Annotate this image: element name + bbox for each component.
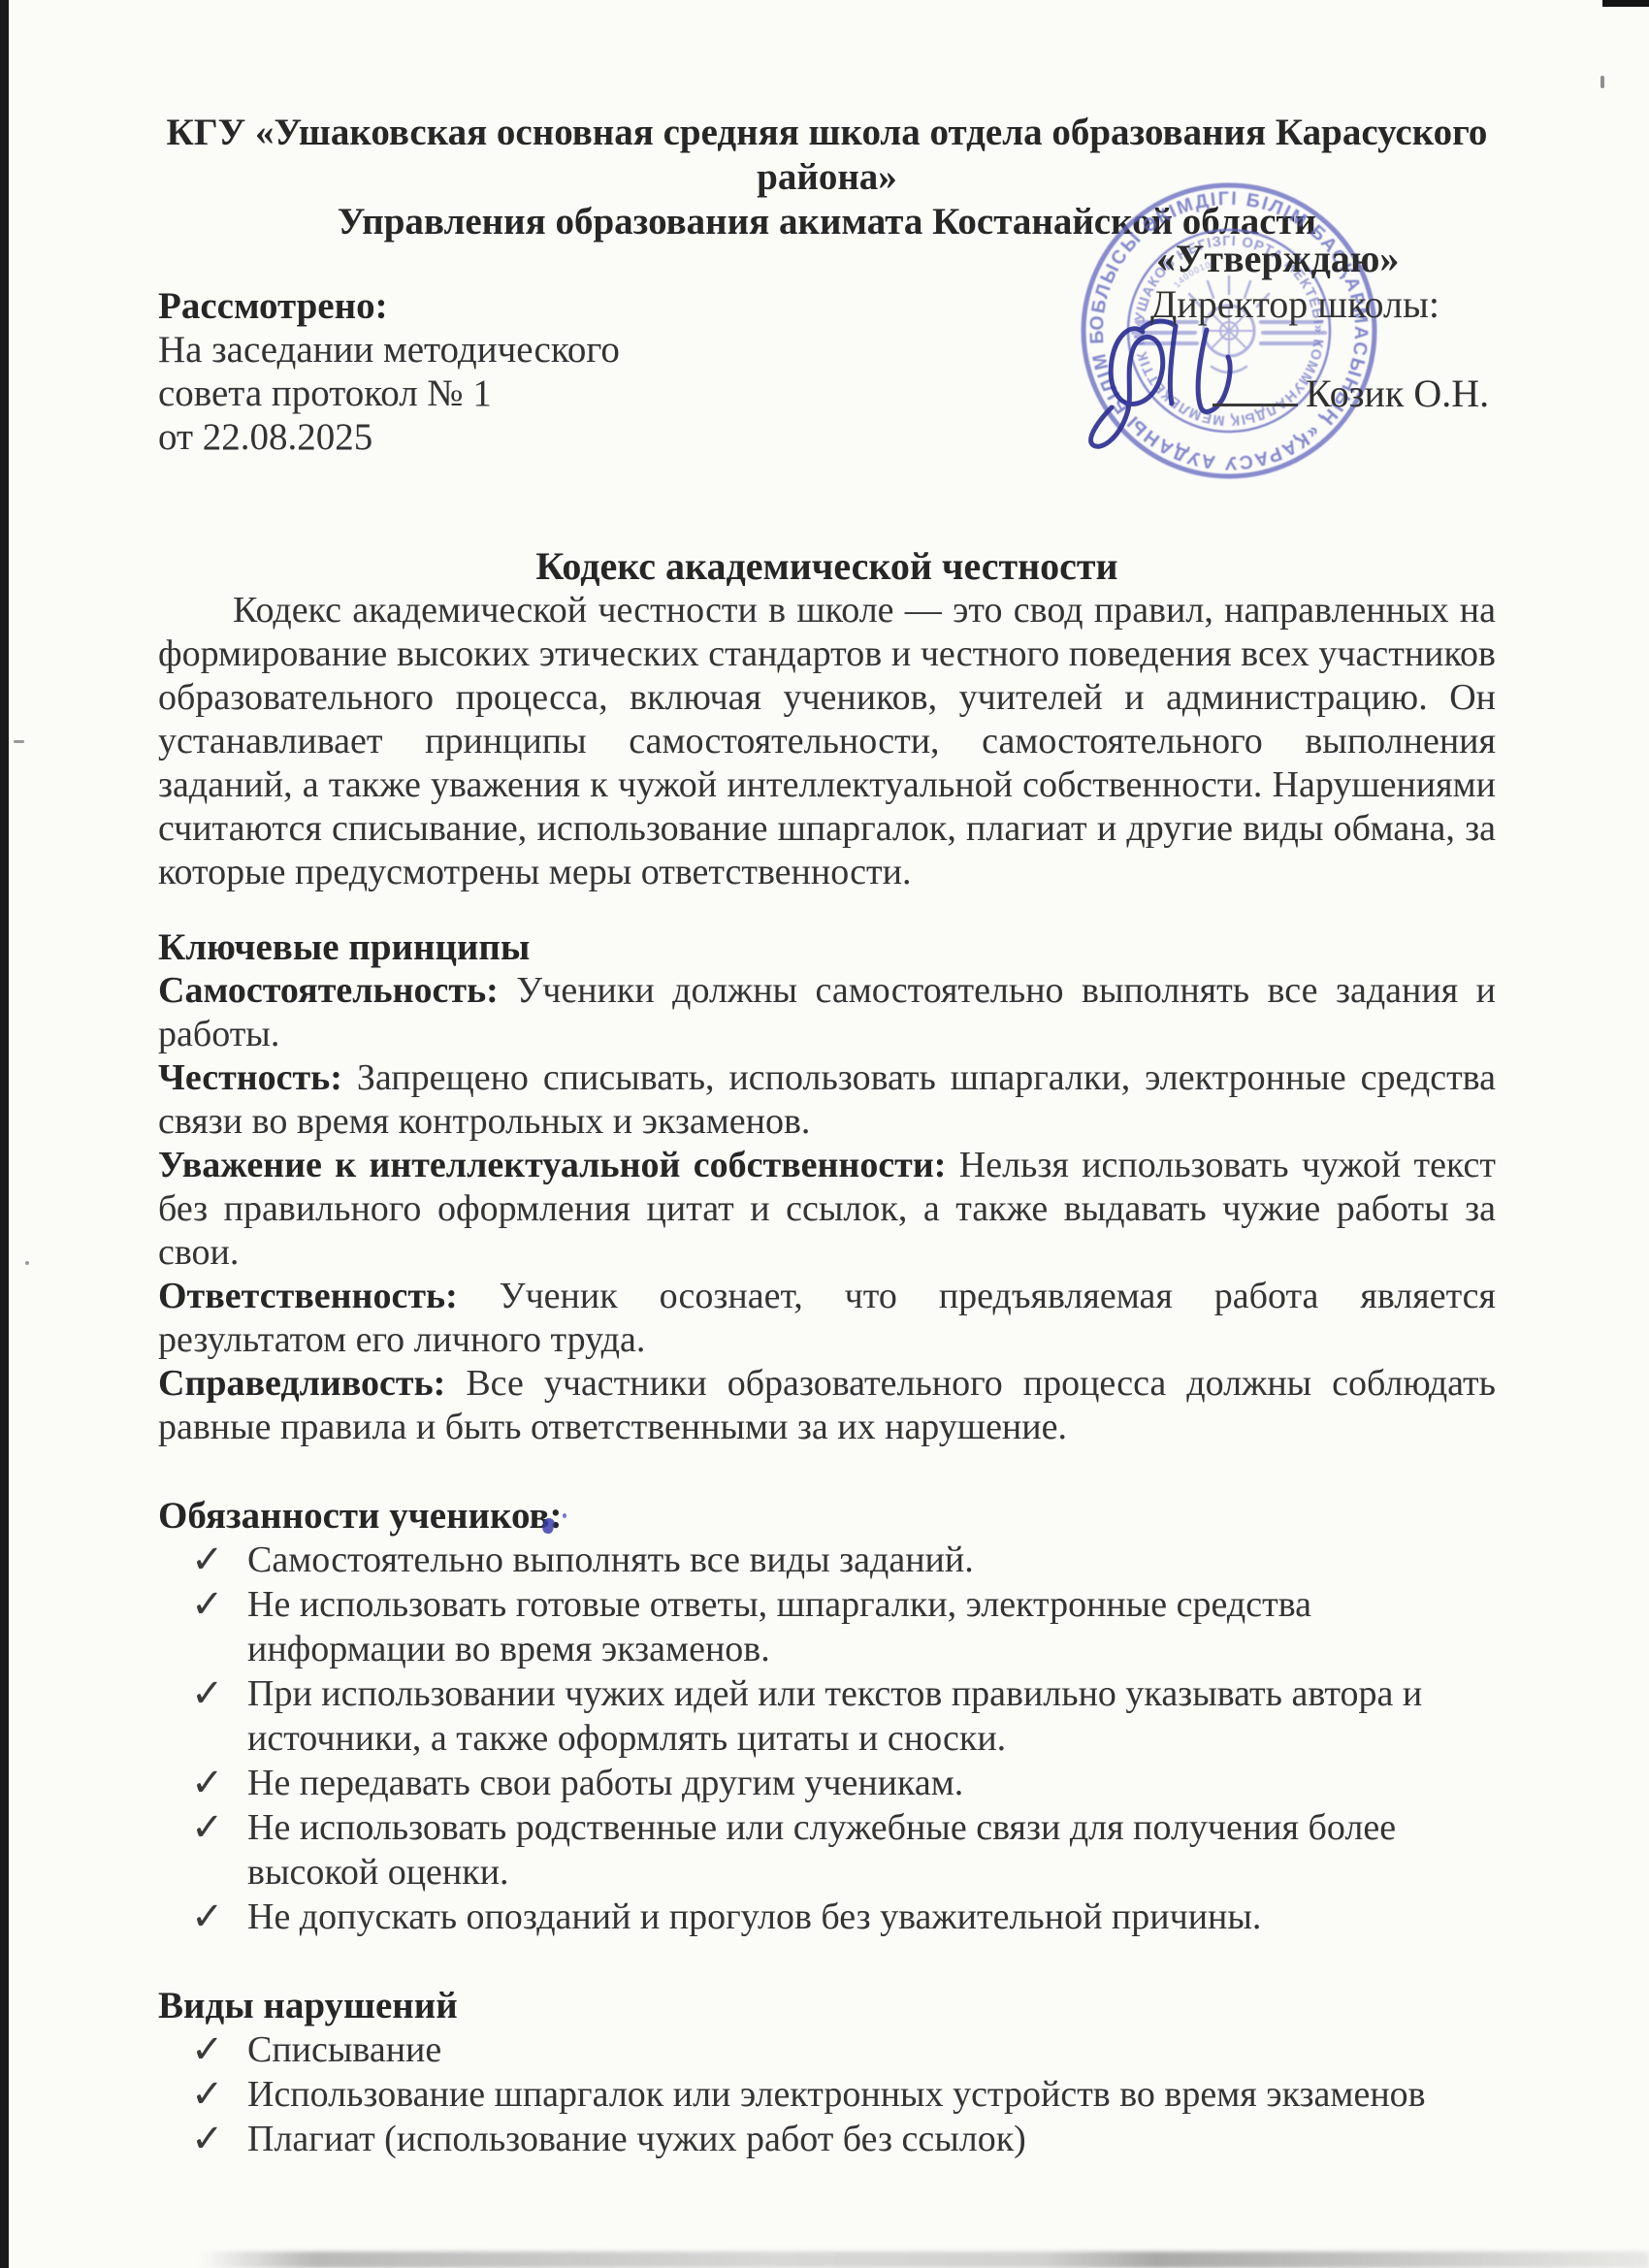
- list-item: ✓Самостоятельно выполнять все виды задан…: [158, 1538, 1496, 1582]
- list-item-text: Не допускать опозданий и прогулов без ув…: [247, 1896, 1261, 1937]
- list-item: ✓Плагиат (использование чужих работ без …: [158, 2117, 1496, 2161]
- principle-item: Ответственность: Ученик осознает, что пр…: [158, 1275, 1496, 1362]
- principle-item: Справедливость: Все участники образовате…: [158, 1362, 1496, 1449]
- principle-term: Самостоятельность:: [158, 970, 499, 1011]
- list-item-text: Использование шпаргалок или электронных …: [247, 2074, 1426, 2115]
- list-item-text: Не использовать родственные или служебны…: [247, 1807, 1396, 1893]
- checkmark-icon: ✓: [191, 1671, 224, 1716]
- list-item-text: При использовании чужих идей или текстов…: [247, 1673, 1422, 1759]
- list-item-text: Списывание: [247, 2029, 441, 2070]
- scan-speck: [1600, 76, 1604, 88]
- list-item-text: Плагиат (использование чужих работ без с…: [247, 2119, 1026, 2159]
- scan-speck: [14, 740, 24, 743]
- principle-item: Честность: Запрещено списывать, использо…: [158, 1056, 1496, 1144]
- checkmark-icon: ✓: [191, 1895, 224, 1939]
- checkmark-icon: ✓: [191, 1805, 224, 1850]
- approved-subtitle: Директор школы:: [1150, 281, 1439, 327]
- ink-blot-dot: [563, 1513, 566, 1518]
- list-item: ✓Не использовать готовые ответы, шпаргал…: [158, 1582, 1496, 1671]
- signer-name: Козик О.Н.: [1306, 372, 1489, 415]
- signature-line: [1212, 369, 1298, 406]
- intro-paragraph: Кодекс академической честности в школе —…: [158, 589, 1496, 894]
- principle-term: Уважение к интеллектуальной собственност…: [158, 1145, 946, 1185]
- principle-term: Ответственность:: [158, 1276, 458, 1316]
- list-item-text: Самостоятельно выполнять все виды задани…: [247, 1539, 974, 1580]
- scan-edge-top-right: [1602, 0, 1649, 7]
- signature-row: Козик О.Н.: [1212, 369, 1489, 416]
- principle-term: Справедливость:: [158, 1363, 445, 1404]
- duties-list: ✓Самостоятельно выполнять все виды задан…: [158, 1538, 1496, 1939]
- list-item: ✓Не передавать свои работы другим ученик…: [158, 1761, 1496, 1805]
- list-item: ✓При использовании чужих идей или тексто…: [158, 1671, 1496, 1761]
- violations-heading: Виды нарушений: [158, 1984, 1496, 2027]
- scan-shadow: [199, 2252, 1649, 2268]
- list-item: ✓Использование шпаргалок или электронных…: [158, 2072, 1496, 2117]
- checkmark-icon: ✓: [191, 1538, 224, 1582]
- page-title: Кодекс академической честности: [158, 544, 1496, 589]
- approved-title: «Утверждаю»: [1156, 236, 1399, 281]
- principles-heading: Ключевые принципы: [158, 925, 1496, 969]
- principle-text: Запрещено списывать, использовать шпарга…: [158, 1057, 1496, 1142]
- checkmark-icon: ✓: [191, 1582, 224, 1627]
- checkmark-icon: ✓: [191, 1761, 224, 1805]
- principle-item: Самостоятельность: Ученики должны самост…: [158, 969, 1496, 1056]
- list-item: ✓Списывание: [158, 2027, 1496, 2072]
- checkmark-icon: ✓: [191, 2027, 224, 2072]
- scanned-document-page: { "colors": { "stamp_blue": "#686dc0", "…: [0, 0, 1649, 2268]
- page: КГУ «Ушаковская основная средняя школа о…: [0, 0, 1649, 2268]
- scan-edge-left: [0, 0, 9, 2268]
- list-item: ✓Не использовать родственные или служебн…: [158, 1805, 1496, 1895]
- checkmark-icon: ✓: [191, 2072, 224, 2117]
- duties-heading: Обязанности учеников:: [158, 1494, 1496, 1538]
- list-item-text: Не использовать готовые ответы, шпаргалк…: [247, 1584, 1311, 1669]
- principle-term: Честность:: [158, 1057, 342, 1098]
- list-item: ✓Не допускать опозданий и прогулов без у…: [158, 1895, 1496, 1939]
- list-item-text: Не передавать свои работы другим ученика…: [247, 1763, 963, 1803]
- violations-list: ✓Списывание ✓Использование шпаргалок или…: [158, 2027, 1496, 2161]
- checkmark-icon: ✓: [191, 2117, 224, 2161]
- principle-item: Уважение к интеллектуальной собственност…: [158, 1144, 1496, 1275]
- scan-speck: [25, 1261, 29, 1265]
